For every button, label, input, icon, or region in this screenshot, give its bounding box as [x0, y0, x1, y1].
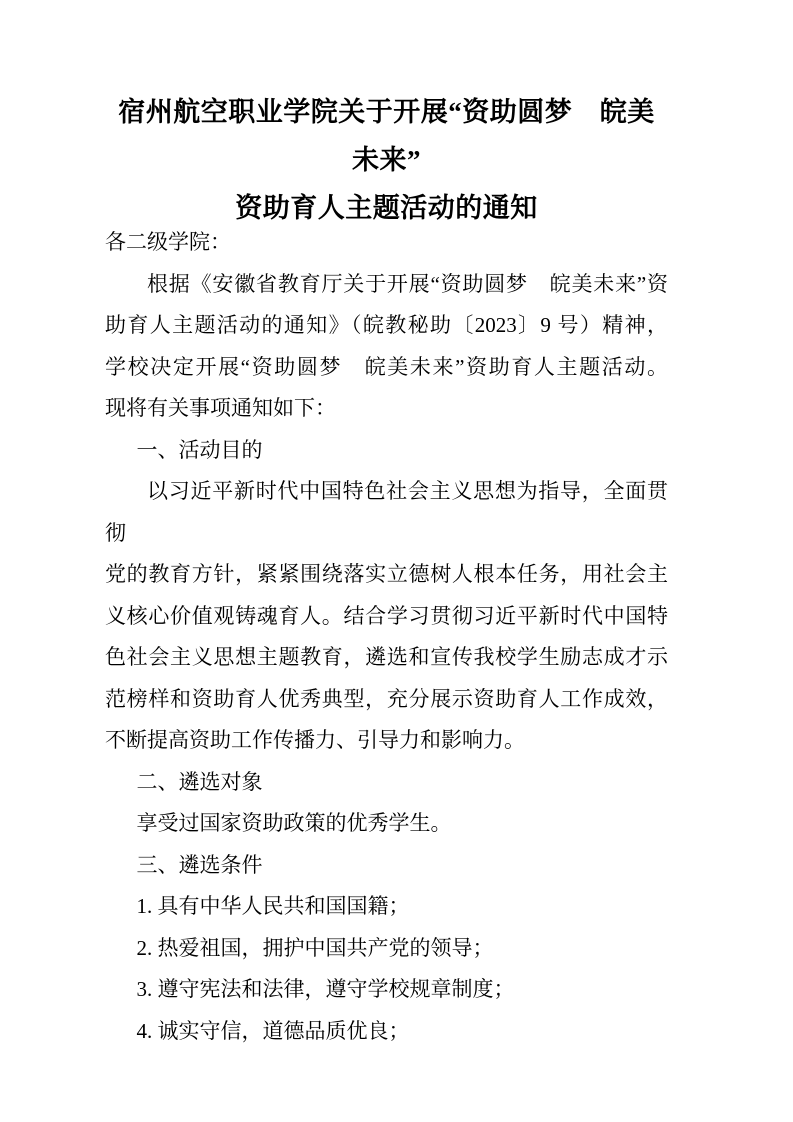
document-line: 4. 诚实守信，道德品质优良；	[105, 1011, 668, 1053]
document-line: 2. 热爱祖国，拥护中国共产党的领导；	[105, 928, 668, 970]
document-page: 宿州航空职业学院关于开展“资助圆梦 皖美未来” 资助育人主题活动的通知 各二级学…	[0, 0, 793, 1122]
document-line: 义核心价值观铸魂育人。结合学习贯彻习近平新时代中国特	[105, 596, 668, 638]
document-line: 1. 具有中华人民共和国国籍；	[105, 886, 668, 928]
document-title: 宿州航空职业学院关于开展“资助圆梦 皖美未来” 资助育人主题活动的通知	[105, 88, 668, 232]
document-line: 范榜样和资助育人优秀典型，充分展示资助育人工作成效，	[105, 679, 668, 721]
document-line: 不断提高资助工作传播力、引导力和影响力。	[105, 720, 668, 762]
document-line: 学校决定开展“资助圆梦 皖美未来”资助育人主题活动。	[105, 347, 668, 389]
document-title-line-1: 宿州航空职业学院关于开展“资助圆梦 皖美未来”	[105, 88, 668, 184]
document-line: 根据《安徽省教育厅关于开展“资助圆梦 皖美未来”资	[105, 264, 668, 306]
document-line: 二、遴选对象	[105, 762, 668, 804]
document-line: 以习近平新时代中国特色社会主义思想为指导，全面贯彻	[105, 471, 668, 554]
document-line: 党的教育方针，紧紧围绕落实立德树人根本任务，用社会主	[105, 554, 668, 596]
document-line: 色社会主义思想主题教育，遴选和宣传我校学生励志成才示	[105, 637, 668, 679]
document-line: 各二级学院：	[105, 222, 668, 264]
document-line: 一、活动目的	[105, 430, 668, 472]
document-body: 各二级学院：根据《安徽省教育厅关于开展“资助圆梦 皖美未来”资助育人主题活动的通…	[105, 222, 668, 1052]
document-line: 助育人主题活动的通知》（皖教秘助〔2023〕9 号）精神，	[105, 305, 668, 347]
document-line: 三、遴选条件	[105, 845, 668, 887]
document-line: 3. 遵守宪法和法律，遵守学校规章制度；	[105, 969, 668, 1011]
document-line: 现将有关事项通知如下：	[105, 388, 668, 430]
document-line: 享受过国家资助政策的优秀学生。	[105, 803, 668, 845]
